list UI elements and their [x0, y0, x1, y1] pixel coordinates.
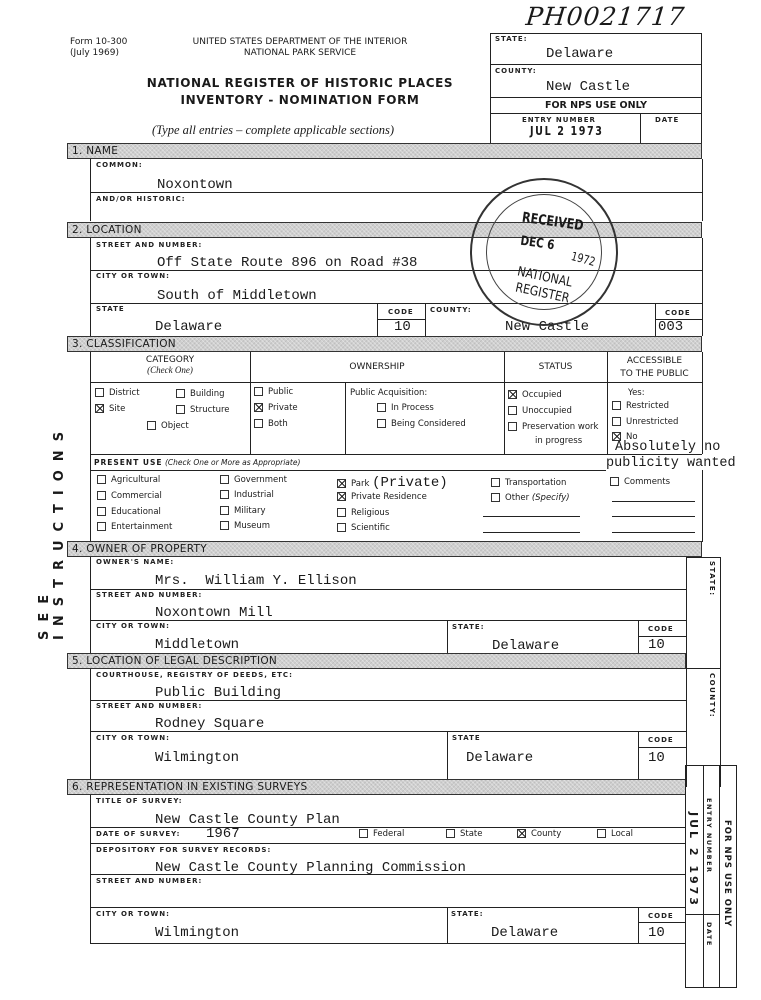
side-date-label: DATE	[705, 922, 713, 947]
location-county-label: COUNTY:	[430, 306, 472, 314]
checked-checkbox-icon[interactable]	[508, 390, 517, 399]
legal-code-value[interactable]: 10	[648, 750, 665, 766]
public-acquisition-label: Public Acquisition:	[350, 388, 427, 398]
page-title: NATIONAL REGISTER OF HISTORIC PLACES INV…	[135, 75, 465, 109]
survey-street-label: STREET AND NUMBER:	[96, 877, 202, 885]
checkbox-icon[interactable]	[508, 422, 517, 431]
owner-street-value[interactable]: Noxontown Mill	[155, 605, 273, 621]
status-preservation[interactable]: Preservation work	[508, 422, 598, 432]
owner-state-label: STATE:	[452, 623, 485, 631]
handwritten-id: PH0021717	[524, 2, 686, 31]
use-museum[interactable]: Museum	[220, 521, 270, 531]
agency-header: UNITED STATES DEPARTMENT OF THE INTERIOR…	[160, 37, 440, 59]
entry-number-label: ENTRY NUMBER	[522, 116, 596, 124]
legal-state-value[interactable]: Delaware	[466, 750, 533, 766]
checked-checkbox-icon[interactable]	[337, 492, 346, 501]
checkbox-icon[interactable]	[491, 478, 500, 487]
ownership-private[interactable]: Private	[254, 403, 298, 413]
section-5-header: 5. LOCATION OF LEGAL DESCRIPTION	[67, 653, 686, 669]
see-instructions-label: SEE INSTRUCTIONS	[37, 360, 67, 640]
ownership-header: OWNERSHIP	[250, 362, 504, 372]
checkbox-icon[interactable]	[612, 417, 621, 426]
location-county-code[interactable]: 003	[658, 319, 683, 335]
category-header: CATEGORY (Check One)	[90, 355, 250, 375]
historic-name-label: AND/OR HISTORIC:	[96, 195, 186, 203]
checkbox-icon[interactable]	[359, 829, 368, 838]
checked-checkbox-icon[interactable]	[517, 829, 526, 838]
checkbox-icon[interactable]	[95, 388, 104, 397]
use-park[interactable]: Park (Private)	[337, 475, 448, 491]
checked-checkbox-icon[interactable]	[95, 404, 104, 413]
side-nps-use-label: FOR NPS USE ONLY	[722, 820, 732, 927]
checkbox-icon[interactable]	[220, 521, 229, 530]
survey-title-value[interactable]: New Castle County Plan	[155, 812, 340, 828]
survey-title-label: TITLE OF SURVEY:	[96, 797, 183, 805]
typed-note-line2: publicity wanted	[606, 456, 736, 471]
checkbox-icon[interactable]	[612, 401, 621, 410]
checkbox-icon[interactable]	[597, 829, 606, 838]
use-private-residence[interactable]: Private Residence	[337, 492, 427, 502]
use-government[interactable]: Government	[220, 475, 287, 485]
survey-state-label: STATE:	[451, 910, 484, 918]
received-stamp: RECEIVED DEC 6 1972 NATIONAL REGISTER	[470, 178, 618, 326]
survey-code-label: CODE	[648, 912, 674, 920]
checkbox-icon[interactable]	[220, 506, 229, 515]
owner-name-value[interactable]: Mrs. William Y. Ellison	[155, 573, 357, 589]
use-educational[interactable]: Educational	[97, 507, 161, 517]
owner-name-label: OWNER'S NAME:	[96, 558, 174, 566]
checkbox-icon[interactable]	[337, 523, 346, 532]
nps-state-label: STATE:	[495, 35, 528, 43]
checkbox-icon[interactable]	[337, 508, 346, 517]
survey-county[interactable]: County	[517, 829, 561, 839]
survey-city-value[interactable]: Wilmington	[155, 925, 239, 941]
section-6-header: 6. REPRESENTATION IN EXISTING SURVEYS	[67, 779, 686, 795]
checkbox-icon[interactable]	[176, 389, 185, 398]
present-use-label: PRESENT USE (Check One or More as Approp…	[94, 458, 300, 467]
survey-date-value[interactable]: 1967	[206, 826, 240, 842]
survey-local[interactable]: Local	[597, 829, 633, 839]
checkbox-icon[interactable]	[97, 522, 106, 531]
legal-courthouse-label: COURTHOUSE, REGISTRY OF DEEDS, ETC:	[96, 671, 293, 679]
side-county-label: COUNTY:	[708, 673, 716, 718]
depository-label: DEPOSITORY FOR SURVEY RECORDS:	[96, 846, 271, 854]
accessible-header: ACCESSIBLE TO THE PUBLIC	[607, 355, 702, 381]
typed-note-line1: Absolutely no	[615, 440, 720, 455]
checkbox-icon[interactable]	[97, 475, 106, 484]
location-state-label: STATE	[96, 305, 125, 313]
checkbox-icon[interactable]	[254, 419, 263, 428]
category-building[interactable]: Building	[176, 389, 224, 399]
survey-state[interactable]: State	[446, 829, 483, 839]
use-entertainment[interactable]: Entertainment	[97, 522, 172, 532]
checked-checkbox-icon[interactable]	[337, 479, 346, 488]
legal-city-value[interactable]: Wilmington	[155, 750, 239, 766]
owner-city-value[interactable]: Middletown	[155, 637, 239, 653]
accessible-unrestricted[interactable]: Unrestricted	[612, 417, 678, 427]
checkbox-icon[interactable]	[446, 829, 455, 838]
location-state-code-label: CODE	[388, 308, 414, 316]
use-other[interactable]: Other (Specify)	[491, 493, 570, 503]
nps-use-only-label: FOR NPS USE ONLY	[490, 100, 702, 111]
checkbox-icon[interactable]	[377, 403, 386, 412]
ownership-both[interactable]: Both	[254, 419, 288, 429]
survey-city-label: CITY OR TOWN:	[96, 910, 170, 918]
acquisition-in-process[interactable]: In Process	[377, 403, 434, 413]
common-name-label: COMMON:	[96, 161, 143, 169]
side-entry-number-value: JUL 2 1973	[687, 812, 700, 908]
form-number: Form 10-300 (July 1969)	[70, 37, 127, 59]
use-commercial[interactable]: Commercial	[97, 491, 162, 501]
owner-state-value[interactable]: Delaware	[492, 638, 559, 654]
checkbox-icon[interactable]	[220, 475, 229, 484]
status-unoccupied[interactable]: Unoccupied	[508, 406, 572, 416]
checkbox-icon[interactable]	[97, 491, 106, 500]
accessible-restricted[interactable]: Restricted	[612, 401, 669, 411]
acquisition-being-considered[interactable]: Being Considered	[377, 419, 466, 429]
location-street-value[interactable]: Off State Route 896 on Road #38	[157, 255, 417, 271]
owner-street-label: STREET AND NUMBER:	[96, 591, 202, 599]
location-street-label: STREET AND NUMBER:	[96, 241, 202, 249]
checkbox-icon[interactable]	[176, 405, 185, 414]
use-industrial[interactable]: Industrial	[220, 490, 274, 500]
category-structure[interactable]: Structure	[176, 405, 230, 415]
checkbox-icon[interactable]	[254, 387, 263, 396]
category-district[interactable]: District	[95, 388, 140, 398]
use-military[interactable]: Military	[220, 506, 266, 516]
checkbox-icon[interactable]	[491, 493, 500, 502]
park-typed-note: (Private)	[372, 475, 448, 491]
status-preservation-line2: in progress	[535, 436, 582, 446]
survey-federal[interactable]: Federal	[359, 829, 404, 839]
checkbox-icon[interactable]	[610, 477, 619, 486]
legal-code-label: CODE	[648, 736, 674, 744]
survey-date-label: DATE OF SURVEY:	[96, 830, 180, 838]
location-state-value[interactable]: Delaware	[155, 319, 222, 335]
checkbox-icon[interactable]	[147, 421, 156, 430]
ownership-public[interactable]: Public	[254, 387, 293, 397]
legal-street-label: STREET AND NUMBER:	[96, 702, 202, 710]
entry-number-value: JUL 2 1973	[530, 124, 604, 138]
use-scientific[interactable]: Scientific	[337, 523, 390, 533]
checkbox-icon[interactable]	[377, 419, 386, 428]
side-state-label: STATE:	[708, 561, 716, 597]
use-religious[interactable]: Religious	[337, 508, 389, 518]
survey-state-value[interactable]: Delaware	[491, 925, 558, 941]
category-site[interactable]: Site	[95, 404, 125, 414]
type-instructions: (Type all entries – complete applicable …	[152, 123, 394, 138]
nps-county-value: New Castle	[546, 79, 630, 95]
side-entry-number-label: ENTRY NUMBER	[705, 798, 713, 874]
status-header: STATUS	[504, 362, 607, 372]
location-county-code-label: CODE	[665, 309, 691, 317]
common-name-value[interactable]: Noxontown	[157, 177, 233, 193]
survey-code-value[interactable]: 10	[648, 925, 665, 941]
location-city-label: CITY OR TOWN:	[96, 272, 170, 280]
location-city-value[interactable]: South of Middletown	[157, 288, 317, 304]
checked-checkbox-icon[interactable]	[254, 403, 263, 412]
use-comments[interactable]: Comments	[610, 477, 670, 487]
status-occupied[interactable]: Occupied	[508, 390, 562, 400]
owner-code-value[interactable]: 10	[648, 637, 665, 653]
legal-state-label: STATE	[452, 734, 481, 742]
legal-city-label: CITY OR TOWN:	[96, 734, 170, 742]
use-transportation[interactable]: Transportation	[491, 478, 566, 488]
checkbox-icon[interactable]	[220, 490, 229, 499]
checkbox-icon[interactable]	[97, 507, 106, 516]
location-state-code[interactable]: 10	[394, 319, 411, 335]
date-label: DATE	[655, 116, 679, 124]
section-4-header: 4. OWNER OF PROPERTY	[67, 541, 702, 557]
owner-code-label: CODE	[648, 625, 674, 633]
checkbox-icon[interactable]	[508, 406, 517, 415]
category-object[interactable]: Object	[147, 421, 189, 431]
section-1-header: 1. NAME	[67, 143, 702, 159]
use-agricultural[interactable]: Agricultural	[97, 475, 160, 485]
section-3-header: 3. CLASSIFICATION	[67, 336, 702, 352]
accessible-yes-label: Yes:	[628, 388, 645, 398]
legal-street-value[interactable]: Rodney Square	[155, 716, 264, 732]
legal-courthouse-value[interactable]: Public Building	[155, 685, 281, 701]
owner-city-label: CITY OR TOWN:	[96, 622, 170, 630]
nps-state-value: Delaware	[546, 46, 613, 62]
nps-county-label: COUNTY:	[495, 67, 537, 75]
